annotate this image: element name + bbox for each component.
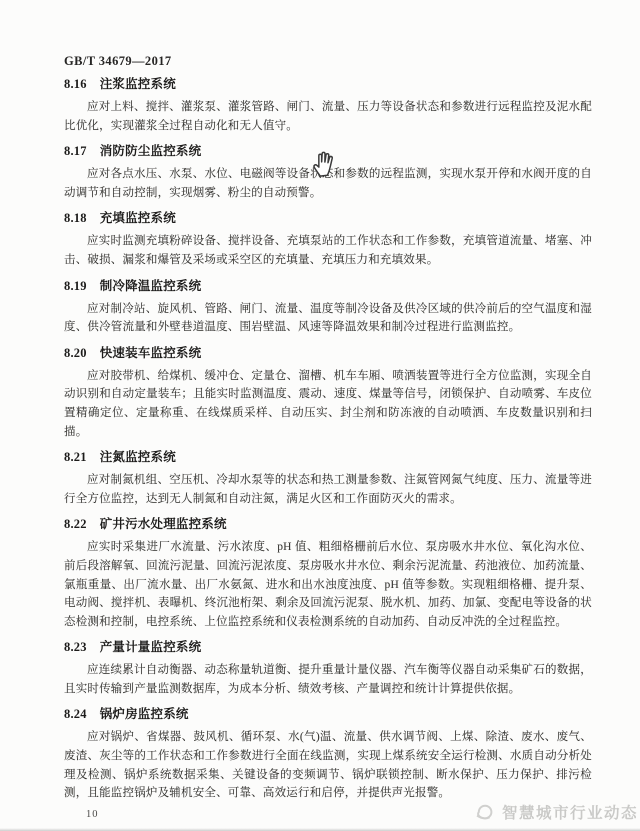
watermark-logo-icon xyxy=(475,803,497,821)
watermark: 智慧城市行业动态 xyxy=(475,801,638,823)
section-number: 8.19 xyxy=(64,279,87,294)
document-code: GB/T 34679—2017 xyxy=(64,54,592,68)
section: 8.17消防防尘监控系统 应对各点水压、水泵、水位、电磁阀等设备状态和参数的远程… xyxy=(64,144,592,202)
section-title: 制冷降温监控系统 xyxy=(100,279,202,293)
page-number: 10 xyxy=(86,809,99,820)
section: 8.19制冷降温监控系统 应对制冷站、旋风机、管路、闸门、流量、温度等制冷设备及… xyxy=(64,279,592,337)
section-heading: 8.16注浆监控系统 xyxy=(64,77,592,92)
section-body: 应连续累计自动衡器、动态称量轨道衡、提升重量计量仪器、汽车衡等仪器自动采集矿石的… xyxy=(64,661,592,698)
section-title: 消防防尘监控系统 xyxy=(100,144,202,158)
section-body: 应对上料、搅拌、灌浆泵、灌浆管路、闸门、流量、压力等设备状态和参数进行远程监控及… xyxy=(64,98,592,135)
section-title: 注浆监控系统 xyxy=(100,77,176,91)
section-body: 应对制氮机组、空压机、冷却水泵等的状态和热工测量参数、注氮管网氮气纯度、压力、流… xyxy=(64,471,592,508)
section-number: 8.18 xyxy=(64,211,87,226)
section-heading: 8.22矿井污水处理监控系统 xyxy=(64,517,592,532)
section-heading: 8.24锅炉房监控系统 xyxy=(64,707,592,722)
section-body: 应对锅炉、省煤器、鼓风机、循环泵、水(气)温、流量、供水调节阀、上煤、除渣、废水… xyxy=(64,728,592,802)
section-title: 锅炉房监控系统 xyxy=(100,707,189,721)
section-number: 8.23 xyxy=(64,640,87,655)
section-heading: 8.23产量计量监控系统 xyxy=(64,640,592,655)
section-title: 产量计量监控系统 xyxy=(100,640,202,654)
document-page: GB/T 34679—2017 8.16注浆监控系统 应对上料、搅拌、灌浆泵、灌… xyxy=(0,0,640,831)
section-heading: 8.21注氮监控系统 xyxy=(64,450,592,465)
section: 8.18充填监控系统 应实时监测充填粉碎设备、搅拌设备、充填泵站的工作状态和工作… xyxy=(64,211,592,269)
section: 8.24锅炉房监控系统 应对锅炉、省煤器、鼓风机、循环泵、水(气)温、流量、供水… xyxy=(64,707,592,802)
section-body: 应对胶带机、给煤机、缓冲仓、定量仓、溜槽、机车车厢、喷洒装置等进行全方位监测，实… xyxy=(64,367,592,441)
section-number: 8.24 xyxy=(64,707,87,722)
section: 8.21注氮监控系统 应对制氮机组、空压机、冷却水泵等的状态和热工测量参数、注氮… xyxy=(64,450,592,508)
section-title: 快速装车监控系统 xyxy=(100,346,202,360)
section-heading: 8.18充填监控系统 xyxy=(64,211,592,226)
page-content: GB/T 34679—2017 8.16注浆监控系统 应对上料、搅拌、灌浆泵、灌… xyxy=(64,54,592,803)
section: 8.20快速装车监控系统 应对胶带机、给煤机、缓冲仓、定量仓、溜槽、机车车厢、喷… xyxy=(64,346,592,441)
section-body: 应对各点水压、水泵、水位、电磁阀等设备状态和参数的远程监测，实现水泵开停和水阀开… xyxy=(64,165,592,202)
watermark-text: 智慧城市行业动态 xyxy=(502,801,638,823)
section-heading: 8.17消防防尘监控系统 xyxy=(64,144,592,159)
section: 8.22矿井污水处理监控系统 应实时采集进厂水流量、污水浓度、pH 值、粗细格栅… xyxy=(64,517,592,631)
section-number: 8.17 xyxy=(64,144,87,159)
section-heading: 8.19制冷降温监控系统 xyxy=(64,279,592,294)
section-title: 充填监控系统 xyxy=(100,211,176,225)
section-heading: 8.20快速装车监控系统 xyxy=(64,346,592,361)
section-title: 注氮监控系统 xyxy=(100,450,176,464)
section-number: 8.20 xyxy=(64,346,87,361)
section-body: 应实时监测充填粉碎设备、搅拌设备、充填泵站的工作状态和工作参数，充填管道流量、堵… xyxy=(64,232,592,269)
section-number: 8.21 xyxy=(64,450,87,465)
section-body: 应实时采集进厂水流量、污水浓度、pH 值、粗细格栅前后水位、泵房吸水井水位、氧化… xyxy=(64,538,592,631)
section: 8.23产量计量监控系统 应连续累计自动衡器、动态称量轨道衡、提升重量计量仪器、… xyxy=(64,640,592,698)
section-number: 8.22 xyxy=(64,517,87,532)
section-title: 矿井污水处理监控系统 xyxy=(100,517,227,531)
section-number: 8.16 xyxy=(64,77,87,92)
section-body: 应对制冷站、旋风机、管路、闸门、流量、温度等制冷设备及供冷区域的供冷前后的空气温… xyxy=(64,300,592,337)
section: 8.16注浆监控系统 应对上料、搅拌、灌浆泵、灌浆管路、闸门、流量、压力等设备状… xyxy=(64,77,592,135)
